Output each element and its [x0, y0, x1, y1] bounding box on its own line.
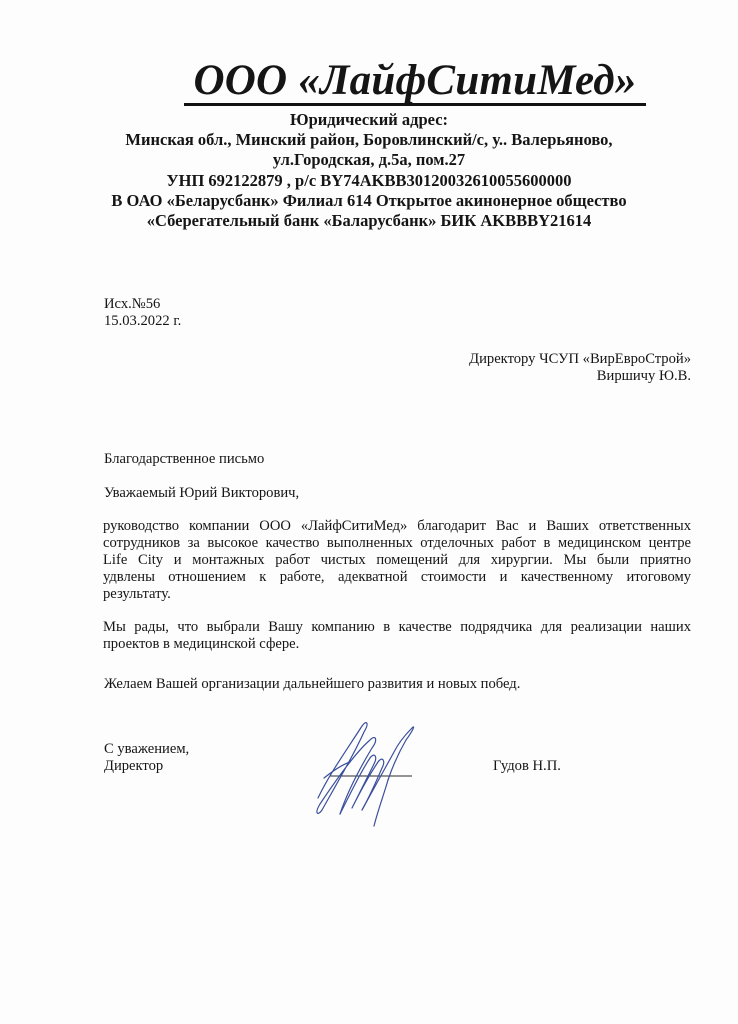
bank-details-line-1: УНП 692122879 , р/с BY74AKBB301200326100…: [0, 171, 738, 190]
outgoing-number: Исх.№56: [104, 296, 160, 313]
recipient-name: Виршичу Ю.В.: [597, 368, 691, 385]
recipient-position: Директору ЧСУП «ВирЕвроСтрой»: [469, 351, 691, 368]
paragraph-line: Мы рады, что выбрали Вашу компанию в кач…: [103, 619, 691, 636]
outgoing-date: 15.03.2022 г.: [104, 313, 181, 330]
letter-subject: Благодарственное письмо: [104, 451, 264, 468]
signer-name: Гудов Н.П.: [493, 758, 561, 775]
company-title: ООО «ЛайфСитиМед»: [185, 58, 645, 104]
paragraph-gratitude: руководство компании ООО «ЛайфСитиМед» б…: [103, 518, 691, 603]
salutation: Уважаемый Юрий Викторович,: [104, 485, 299, 502]
handwritten-signature: [300, 718, 430, 830]
address-line-2: ул.Городская, д.5а, пом.27: [0, 150, 738, 169]
address-line-1: Минская обл., Минский район, Боровлински…: [0, 130, 738, 149]
bank-details-line-3: «Сберегательный банк «Баларусбанк» БИК A…: [0, 211, 738, 230]
signer-position: Директор: [104, 758, 163, 775]
title-underline: [184, 103, 646, 106]
paragraph-line: результату.: [103, 586, 691, 603]
paragraph-line: удвлены отношением к работе, адекватной …: [103, 569, 691, 586]
paragraph-line: Life City и монтажных работ чистых помещ…: [103, 552, 691, 569]
address-label: Юридический адрес:: [0, 110, 738, 129]
paragraph-choice: Мы рады, что выбрали Вашу компанию в кач…: [103, 619, 691, 653]
paragraph-line: руководство компании ООО «ЛайфСитиМед» б…: [103, 518, 691, 535]
paragraph-line: сотрудников за высокое качество выполнен…: [103, 535, 691, 552]
closing-phrase: С уважением,: [104, 741, 189, 758]
bank-details-line-2: В ОАО «Беларусбанк» Филиал 614 Открытое …: [0, 191, 738, 210]
paragraph-wishes: Желаем Вашей организации дальнейшего раз…: [104, 676, 520, 693]
paragraph-line: проектов в медицинской сфере.: [103, 636, 691, 653]
